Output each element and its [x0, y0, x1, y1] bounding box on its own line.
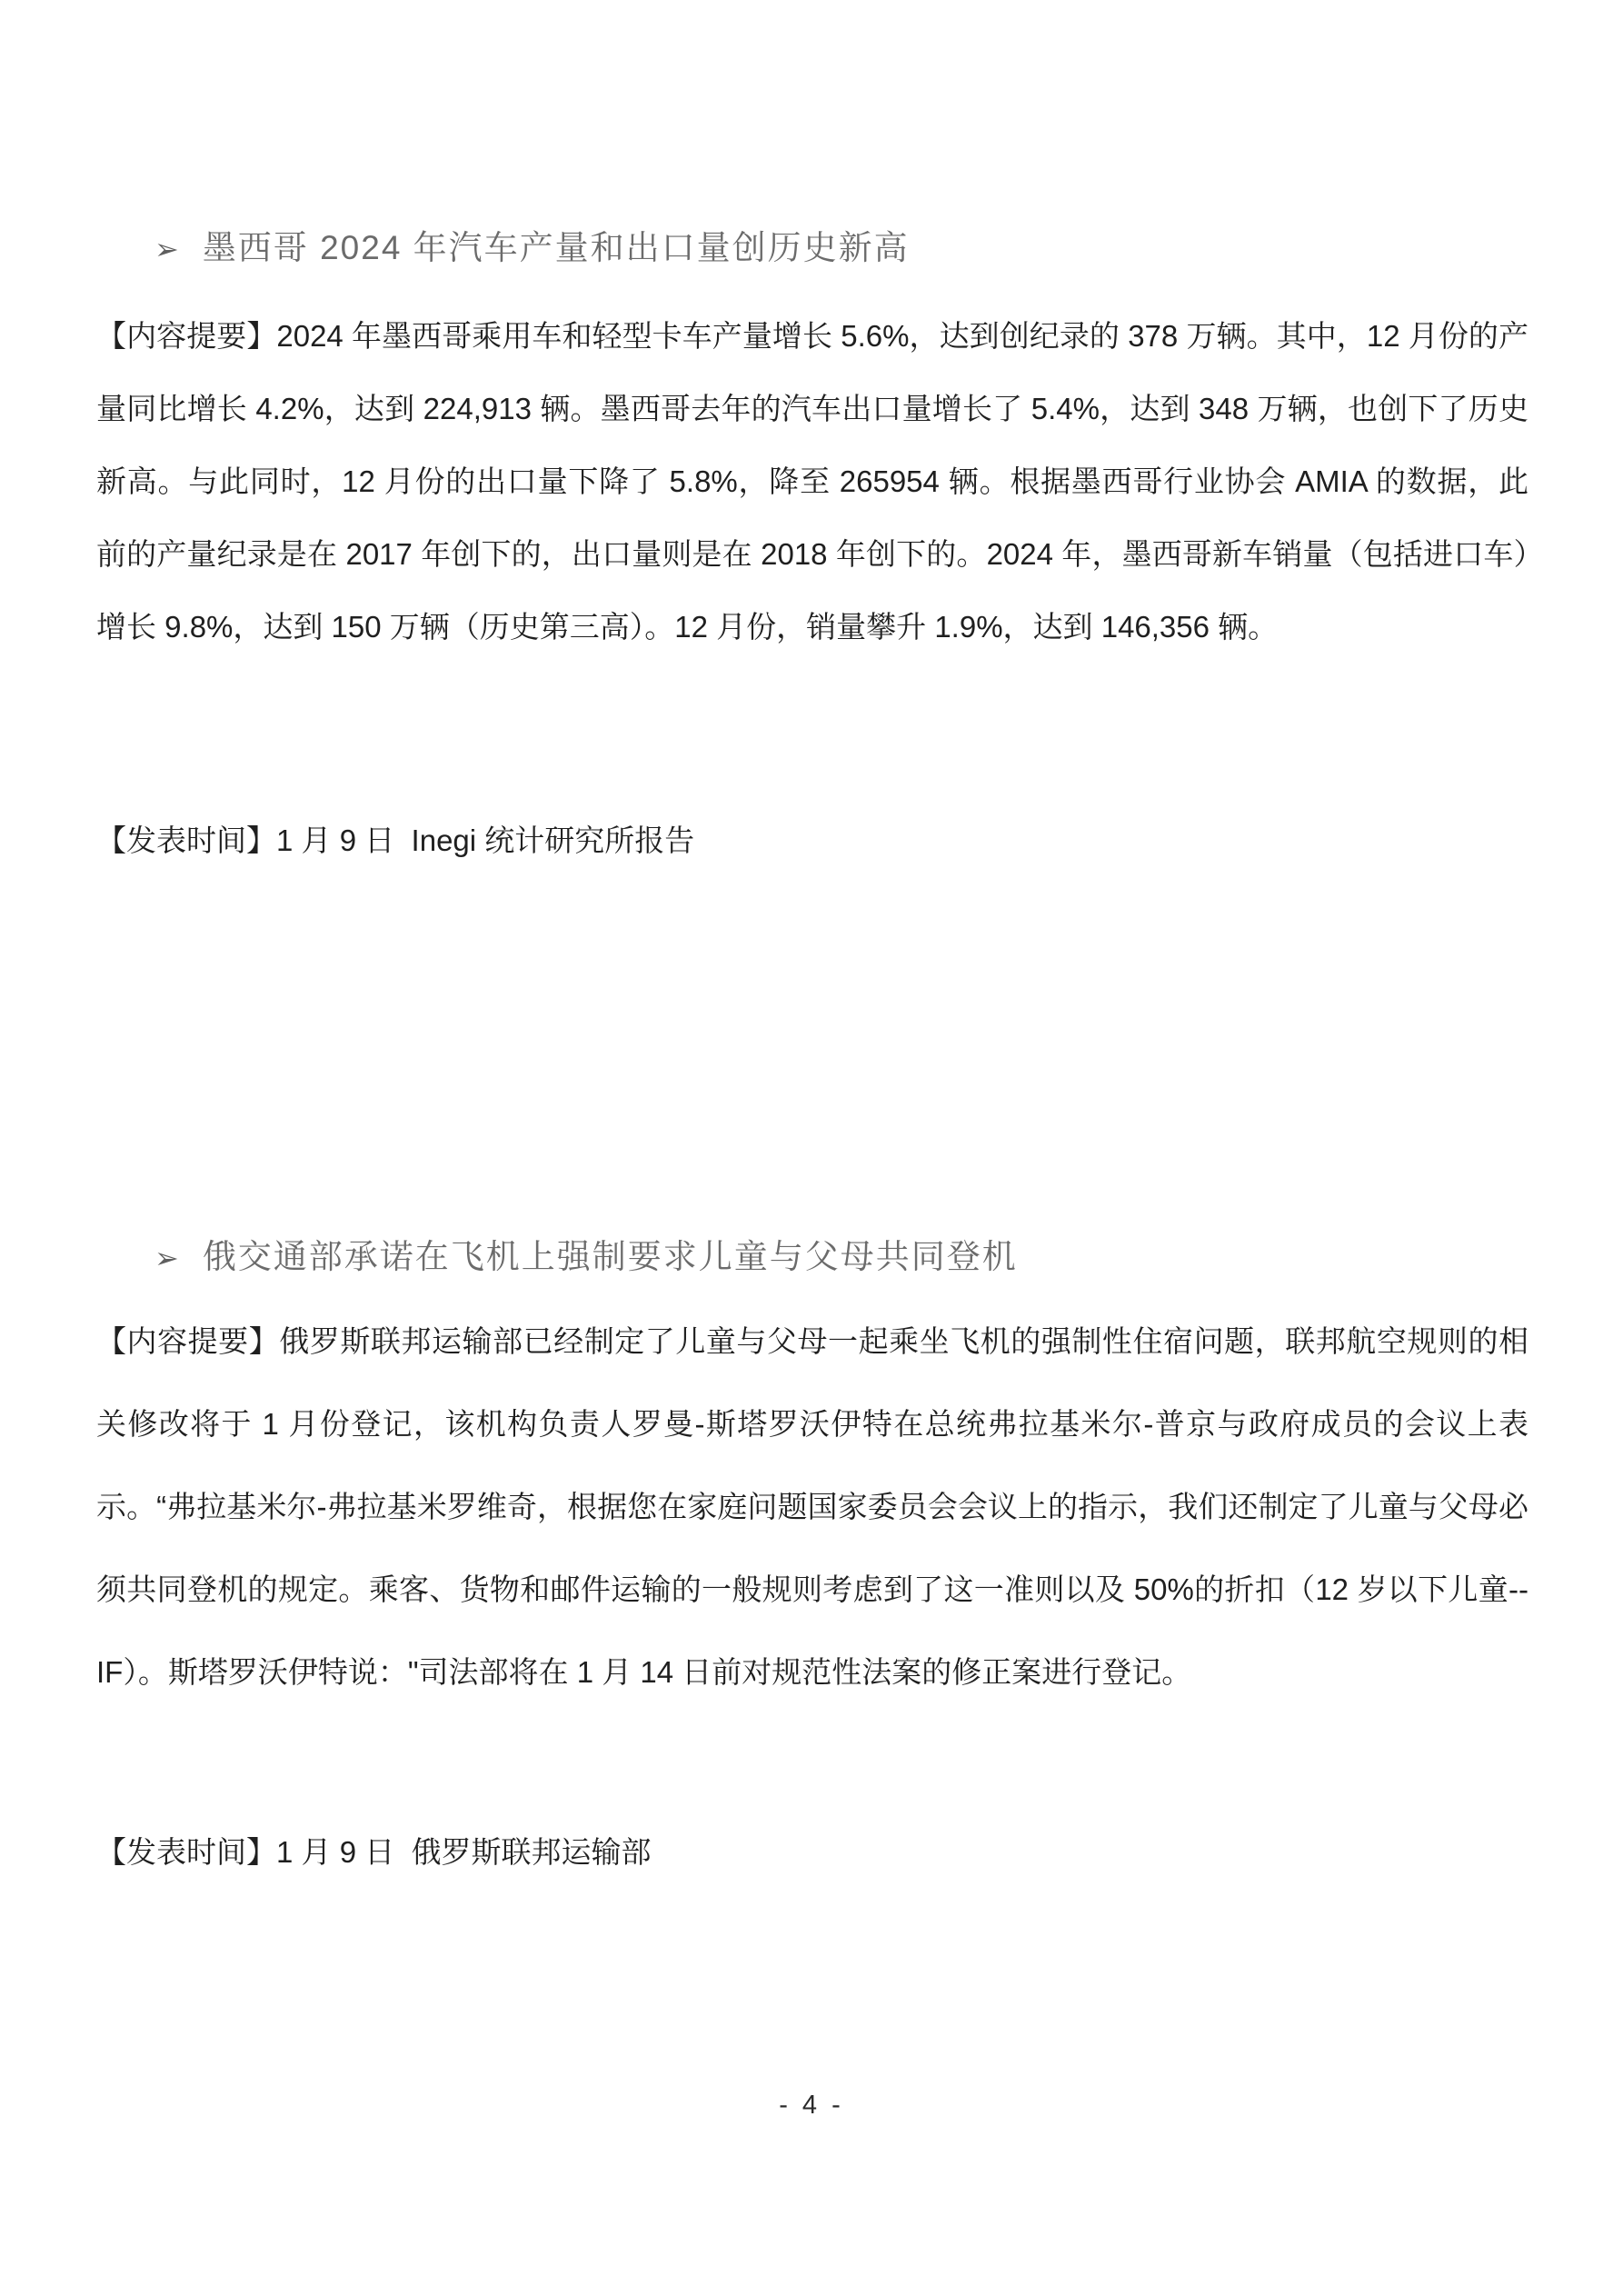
headline-russia-transport: ➢ 俄交通部承诺在飞机上强制要求儿童与父母共同登机: [96, 1234, 1587, 1281]
publish-line-russia: 【发表时间】1 月 9 日 俄罗斯联邦运输部: [96, 1811, 1528, 1893]
summary-paragraph-russia: 【内容提要】俄罗斯联邦运输部已经制定了儿童与父母一起乘坐飞机的强制性住宿问题，联…: [96, 1300, 1528, 1713]
page-number: - 4 -: [0, 2091, 1623, 2121]
headline-text: 墨西哥 2024 年汽车产量和出口量创历史新高: [203, 225, 910, 271]
document-page: ➢ 墨西哥 2024 年汽车产量和出口量创历史新高 【内容提要】2024 年墨西…: [0, 0, 1623, 2296]
headline-mexico-auto: ➢ 墨西哥 2024 年汽车产量和出口量创历史新高: [96, 225, 1587, 272]
summary-paragraph-mexico: 【内容提要】2024 年墨西哥乘用车和轻型卡车产量增长 5.6%，达到创纪录的 …: [96, 300, 1528, 664]
headline-text: 俄交通部承诺在飞机上强制要求儿童与父母共同登机: [203, 1234, 1018, 1280]
arrow-bullet-icon: ➢: [154, 226, 181, 272]
arrow-bullet-icon: ➢: [154, 1235, 181, 1281]
publish-line-mexico: 【发表时间】1 月 9 日 Inegi 统计研究所报告: [96, 804, 1528, 877]
